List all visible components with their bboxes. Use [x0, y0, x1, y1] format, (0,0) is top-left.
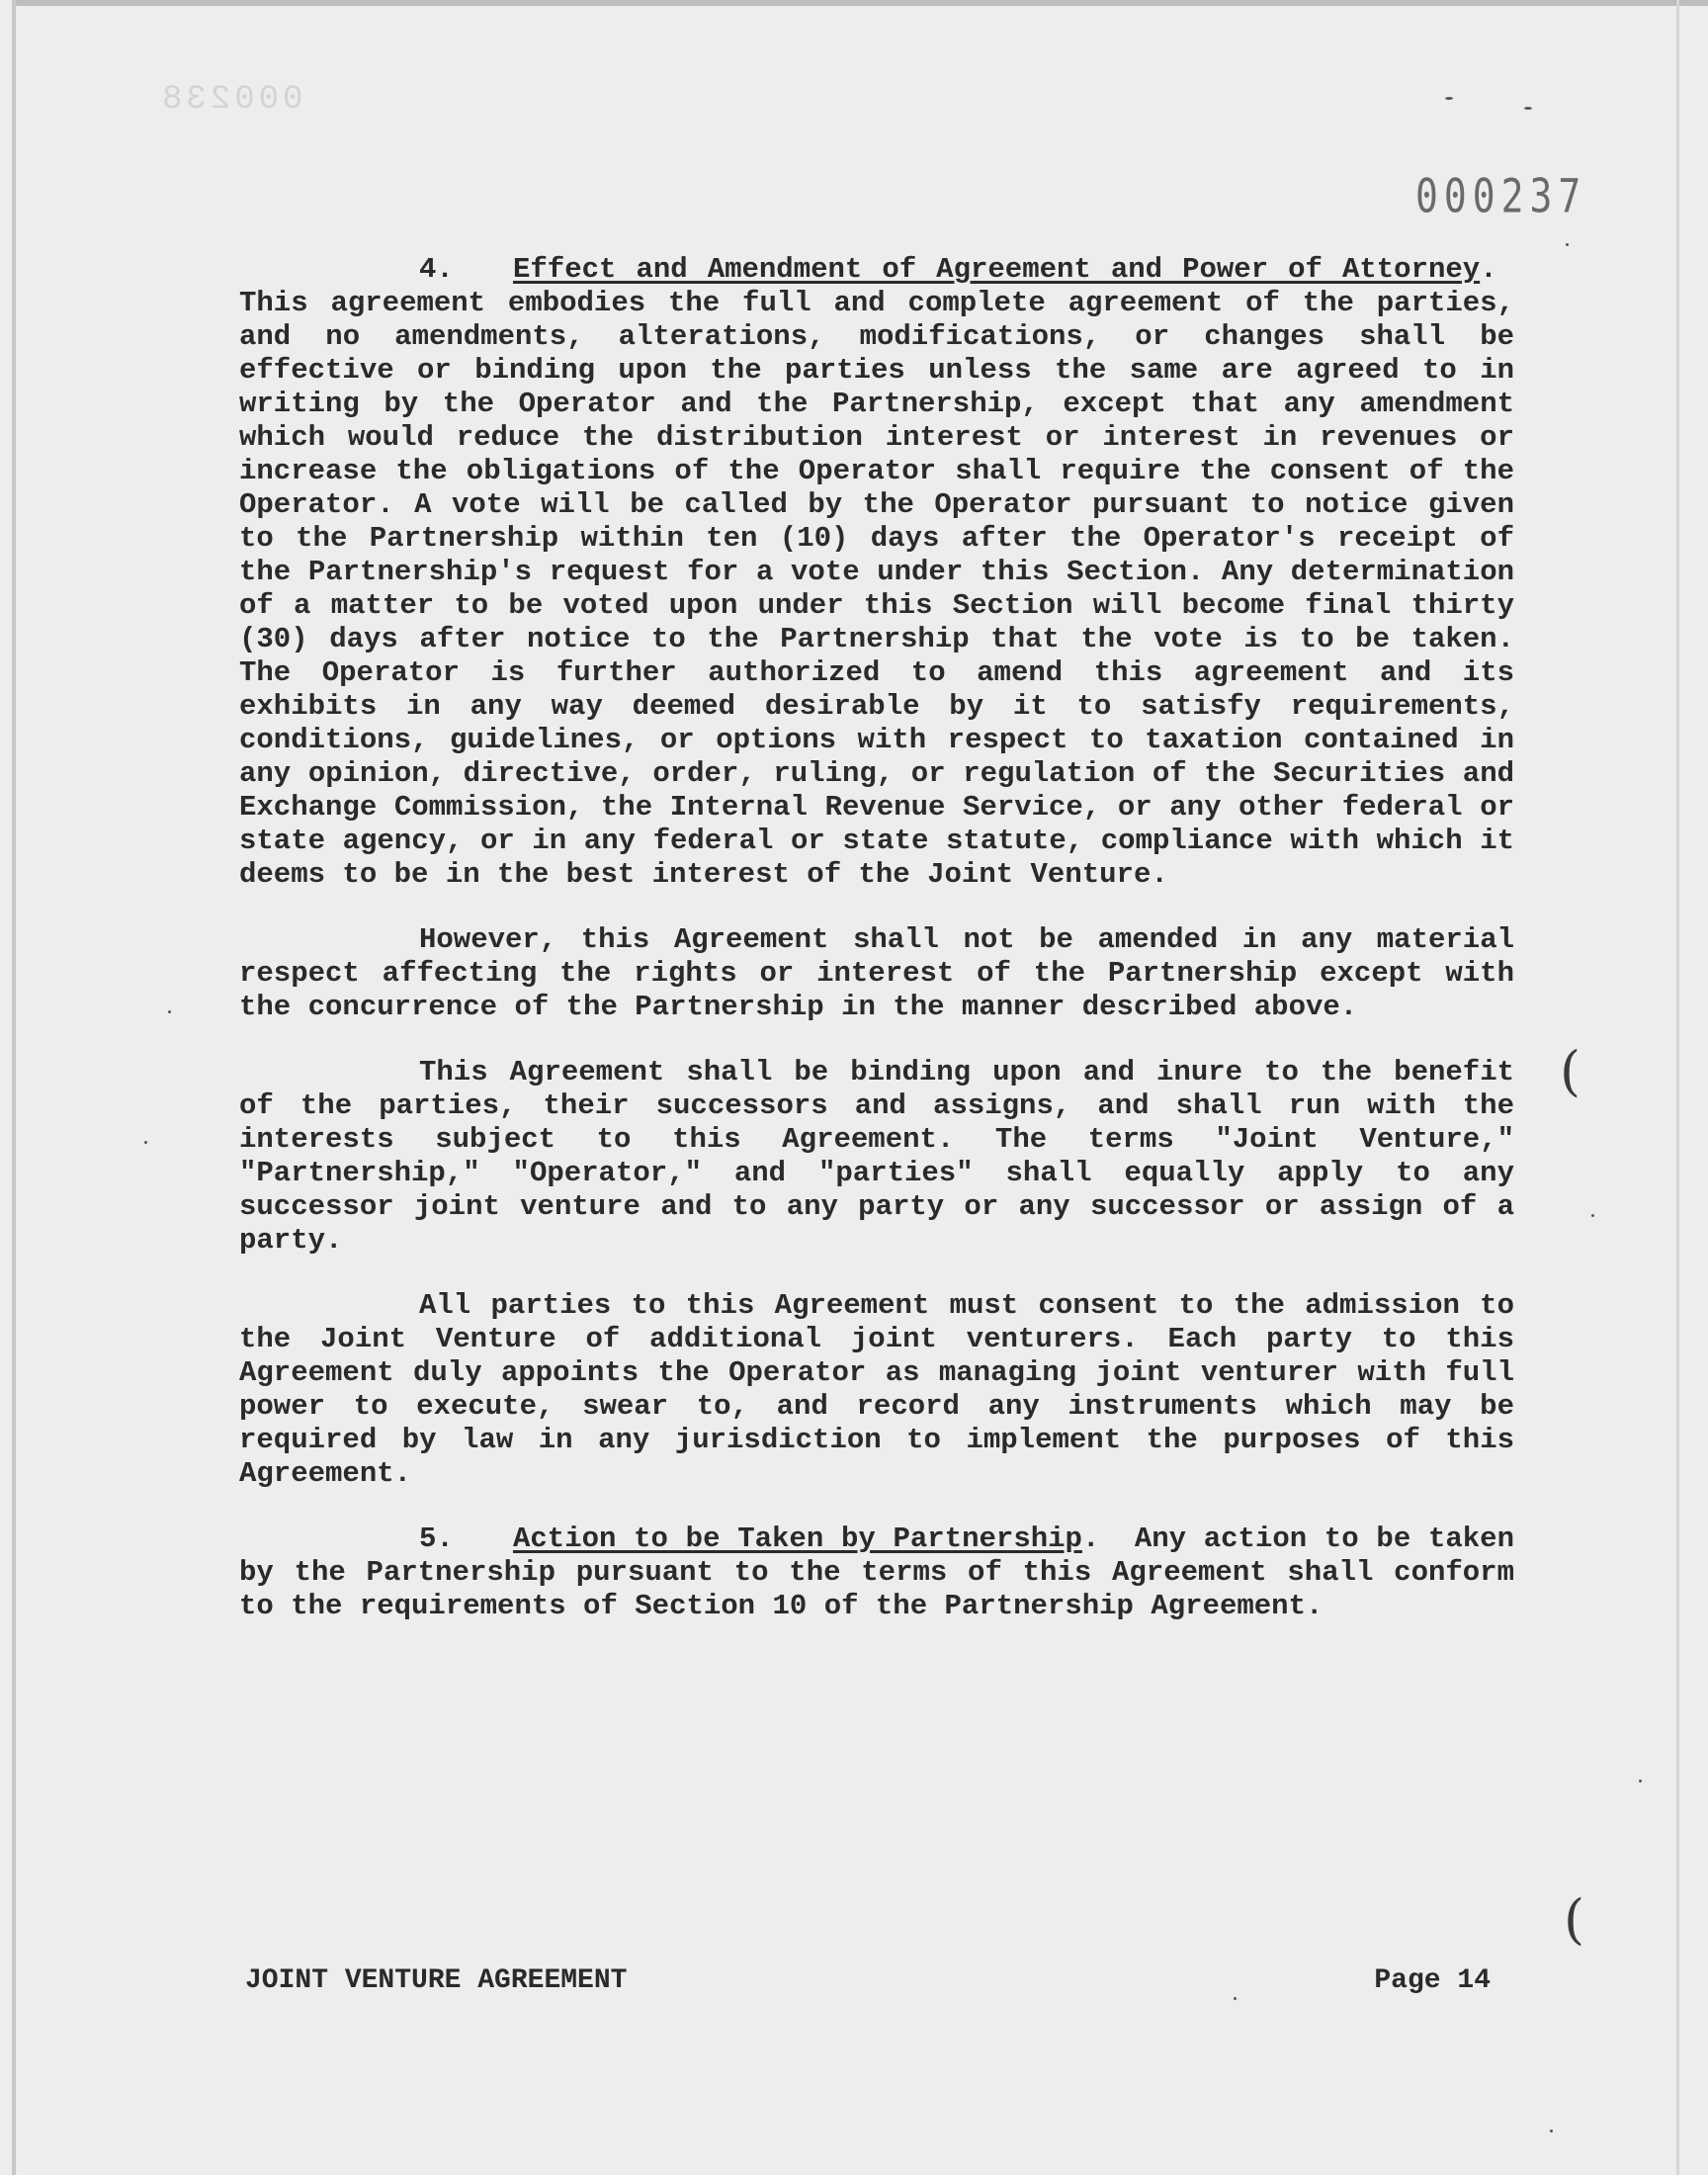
scan-speck [1639, 1780, 1642, 1783]
scan-speck [1591, 1214, 1594, 1217]
section-4: 4.Effect and Amendment of Agreement and … [239, 253, 1514, 892]
bates-number: 000237 [1415, 169, 1586, 223]
paragraph-binding-effect: This Agreement shall be binding upon and… [239, 1056, 1514, 1258]
paragraph-amendment-limit: However, this Agreement shall not be ame… [239, 923, 1514, 1024]
section-heading: Action to be Taken by Partnership [513, 1522, 1082, 1555]
scan-speck [1566, 243, 1569, 246]
section-number: 4. [419, 253, 513, 287]
scan-edge-left [12, 0, 16, 2175]
document-body: 4.Effect and Amendment of Agreement and … [239, 253, 1514, 1655]
page-number: Page 14 [1374, 1965, 1491, 1996]
bleed-through-number: 000238 [158, 81, 302, 119]
page-footer: JOINT VENTURE AGREEMENT Page 14 [245, 1965, 1491, 1996]
margin-mark: ( [1564, 1888, 1584, 1951]
scan-speck [168, 1010, 171, 1013]
margin-mark: ( [1560, 1040, 1580, 1102]
heading-punct: . [1480, 253, 1496, 286]
scan-speck [144, 1141, 147, 1144]
section-heading: Effect and Amendment of Agreement and Po… [513, 253, 1480, 286]
scan-speck [1550, 2130, 1553, 2132]
section-number: 5. [419, 1522, 513, 1556]
scan-speck [1524, 107, 1532, 110]
scan-speck [1445, 97, 1453, 100]
scan-edge-top [14, 0, 1708, 6]
section-5: 5.Action to be Taken by Partnership. Any… [239, 1522, 1514, 1623]
scan-speck [1234, 1997, 1237, 2000]
paragraph-admission: All parties to this Agreement must conse… [239, 1289, 1514, 1491]
footer-title: JOINT VENTURE AGREEMENT [245, 1965, 627, 1996]
section-body: This agreement embodies the full and com… [239, 287, 1514, 891]
scan-edge-right [1676, 0, 1679, 2175]
heading-punct: . [1082, 1522, 1099, 1555]
